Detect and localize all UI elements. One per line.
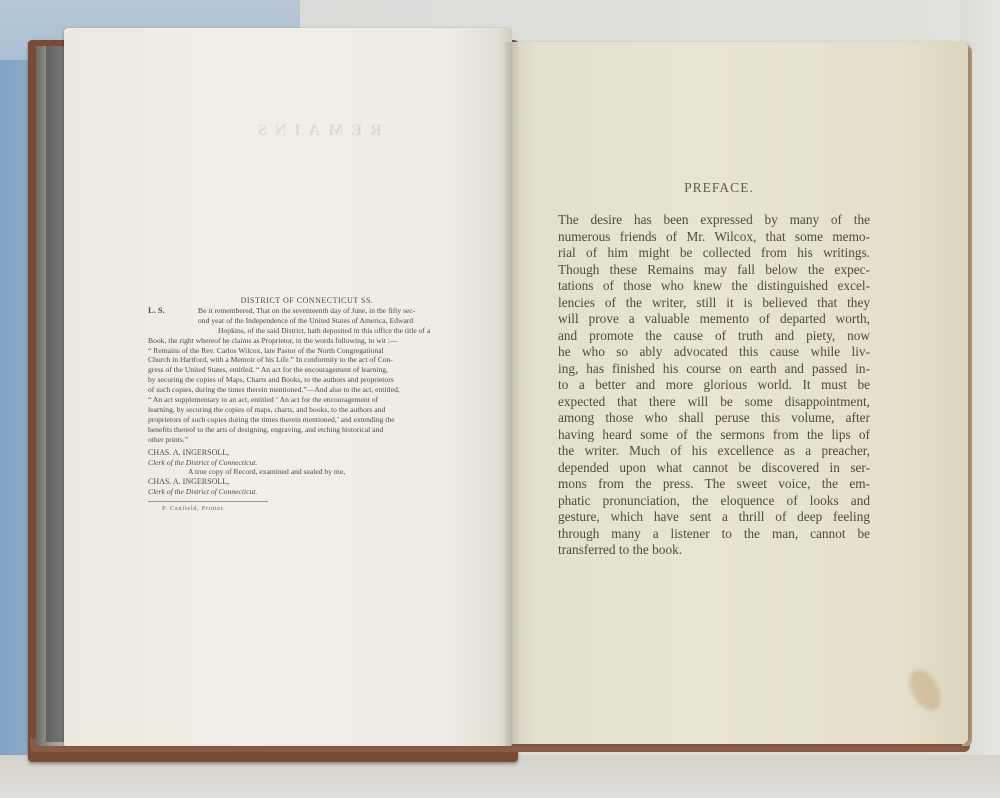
copyright-line: gress of the United States, entitled, “ … [148, 365, 466, 375]
preface-line: Though these Remains may fall below the … [558, 262, 870, 279]
copyright-line: learning, by securing the copies of maps… [148, 405, 466, 415]
copyright-line: ond year of the Independence of the Unit… [148, 316, 466, 326]
preface-line: the writer. Much of his excellence as a … [558, 443, 870, 460]
preface-line: and promote the cause of truth and piety… [558, 328, 870, 345]
preface-line: numerous friends of Mr. Wilcox, that som… [558, 229, 870, 246]
clerk-signature-name: CHAS. A. INGERSOLL, [148, 448, 466, 458]
clerk-signature-title: Clerk of the District of Connecticut. [148, 487, 466, 497]
preface-line: mons from the press. The sweet voice, th… [558, 476, 870, 493]
preface-line: tations of those who knew the distinguis… [558, 278, 870, 295]
copyright-line: of such copies, during the times therein… [148, 385, 466, 395]
preface-body: The desire has been expressed by many of… [558, 212, 870, 559]
preface-line: ing, has finished his course on earth an… [558, 361, 870, 378]
copyright-line: Church in Hartford, with a Memoir of his… [148, 355, 466, 365]
preface-line: he who so ably advocated this cause whil… [558, 344, 870, 361]
preface-line: gesture, which have sent a thrill of dee… [558, 509, 870, 526]
printer-rule [148, 501, 268, 502]
copyright-line: Be it remembered, That on the seventeent… [148, 306, 466, 316]
copyright-line: “ An act supplementary to an act, entitl… [148, 395, 466, 405]
preface-line: to a better and more glorious world. It … [558, 377, 870, 394]
preface-line: rial of him might be collected from his … [558, 245, 870, 262]
copyright-notice: DISTRICT OF CONNECTICUT SS. L. S. Be it … [148, 296, 466, 497]
preface-line: lencies of the writer, still it is belie… [558, 295, 870, 312]
copyright-line: other prints.” [148, 435, 466, 445]
seal-mark: L. S. [148, 306, 165, 316]
copyright-line: Book, the right whereof he claims as Pro… [148, 336, 466, 346]
bleed-through-text: REMAINS [250, 122, 382, 140]
copyright-line: by securing the copies of Maps, Charts a… [148, 375, 466, 385]
copyright-line: Hopkins, of the said District, hath depo… [148, 326, 466, 336]
attestation-line: A true copy of Record, examined and seal… [148, 467, 466, 477]
printer-imprint: P. Canfield, Printer. [162, 505, 225, 512]
preface-line: The desire has been expressed by many of… [558, 212, 870, 229]
copyright-line: proprietors of such copies during the ti… [148, 415, 466, 425]
preface-line: having heard some of the sermons from th… [558, 427, 870, 444]
copyright-line: “ Remains of the Rev. Carlos Wilcox, lat… [148, 346, 466, 356]
preface-title: PREFACE. [560, 180, 878, 196]
clerk-signature-name: CHAS. A. INGERSOLL, [148, 477, 466, 487]
book-gutter [505, 42, 519, 746]
copyright-line: benefits thereof to the arts of designin… [148, 425, 466, 435]
preface-line: will prove a valuable memento of departe… [558, 311, 870, 328]
preface-line: through many a listener to the man, cann… [558, 526, 870, 543]
clerk-signature-title: Clerk of the District of Connecticut. [148, 458, 466, 468]
preface-line: phatic pronunciation, the eloquence of l… [558, 493, 870, 510]
preface-line: depended upon what cannot be discovered … [558, 460, 870, 477]
preface-line: expected that there will be some disappo… [558, 394, 870, 411]
copyright-heading: DISTRICT OF CONNECTICUT SS. [148, 296, 466, 306]
preface-line: among those who shall peruse this volume… [558, 410, 870, 427]
preface-line: transferred to the book. [558, 542, 870, 559]
